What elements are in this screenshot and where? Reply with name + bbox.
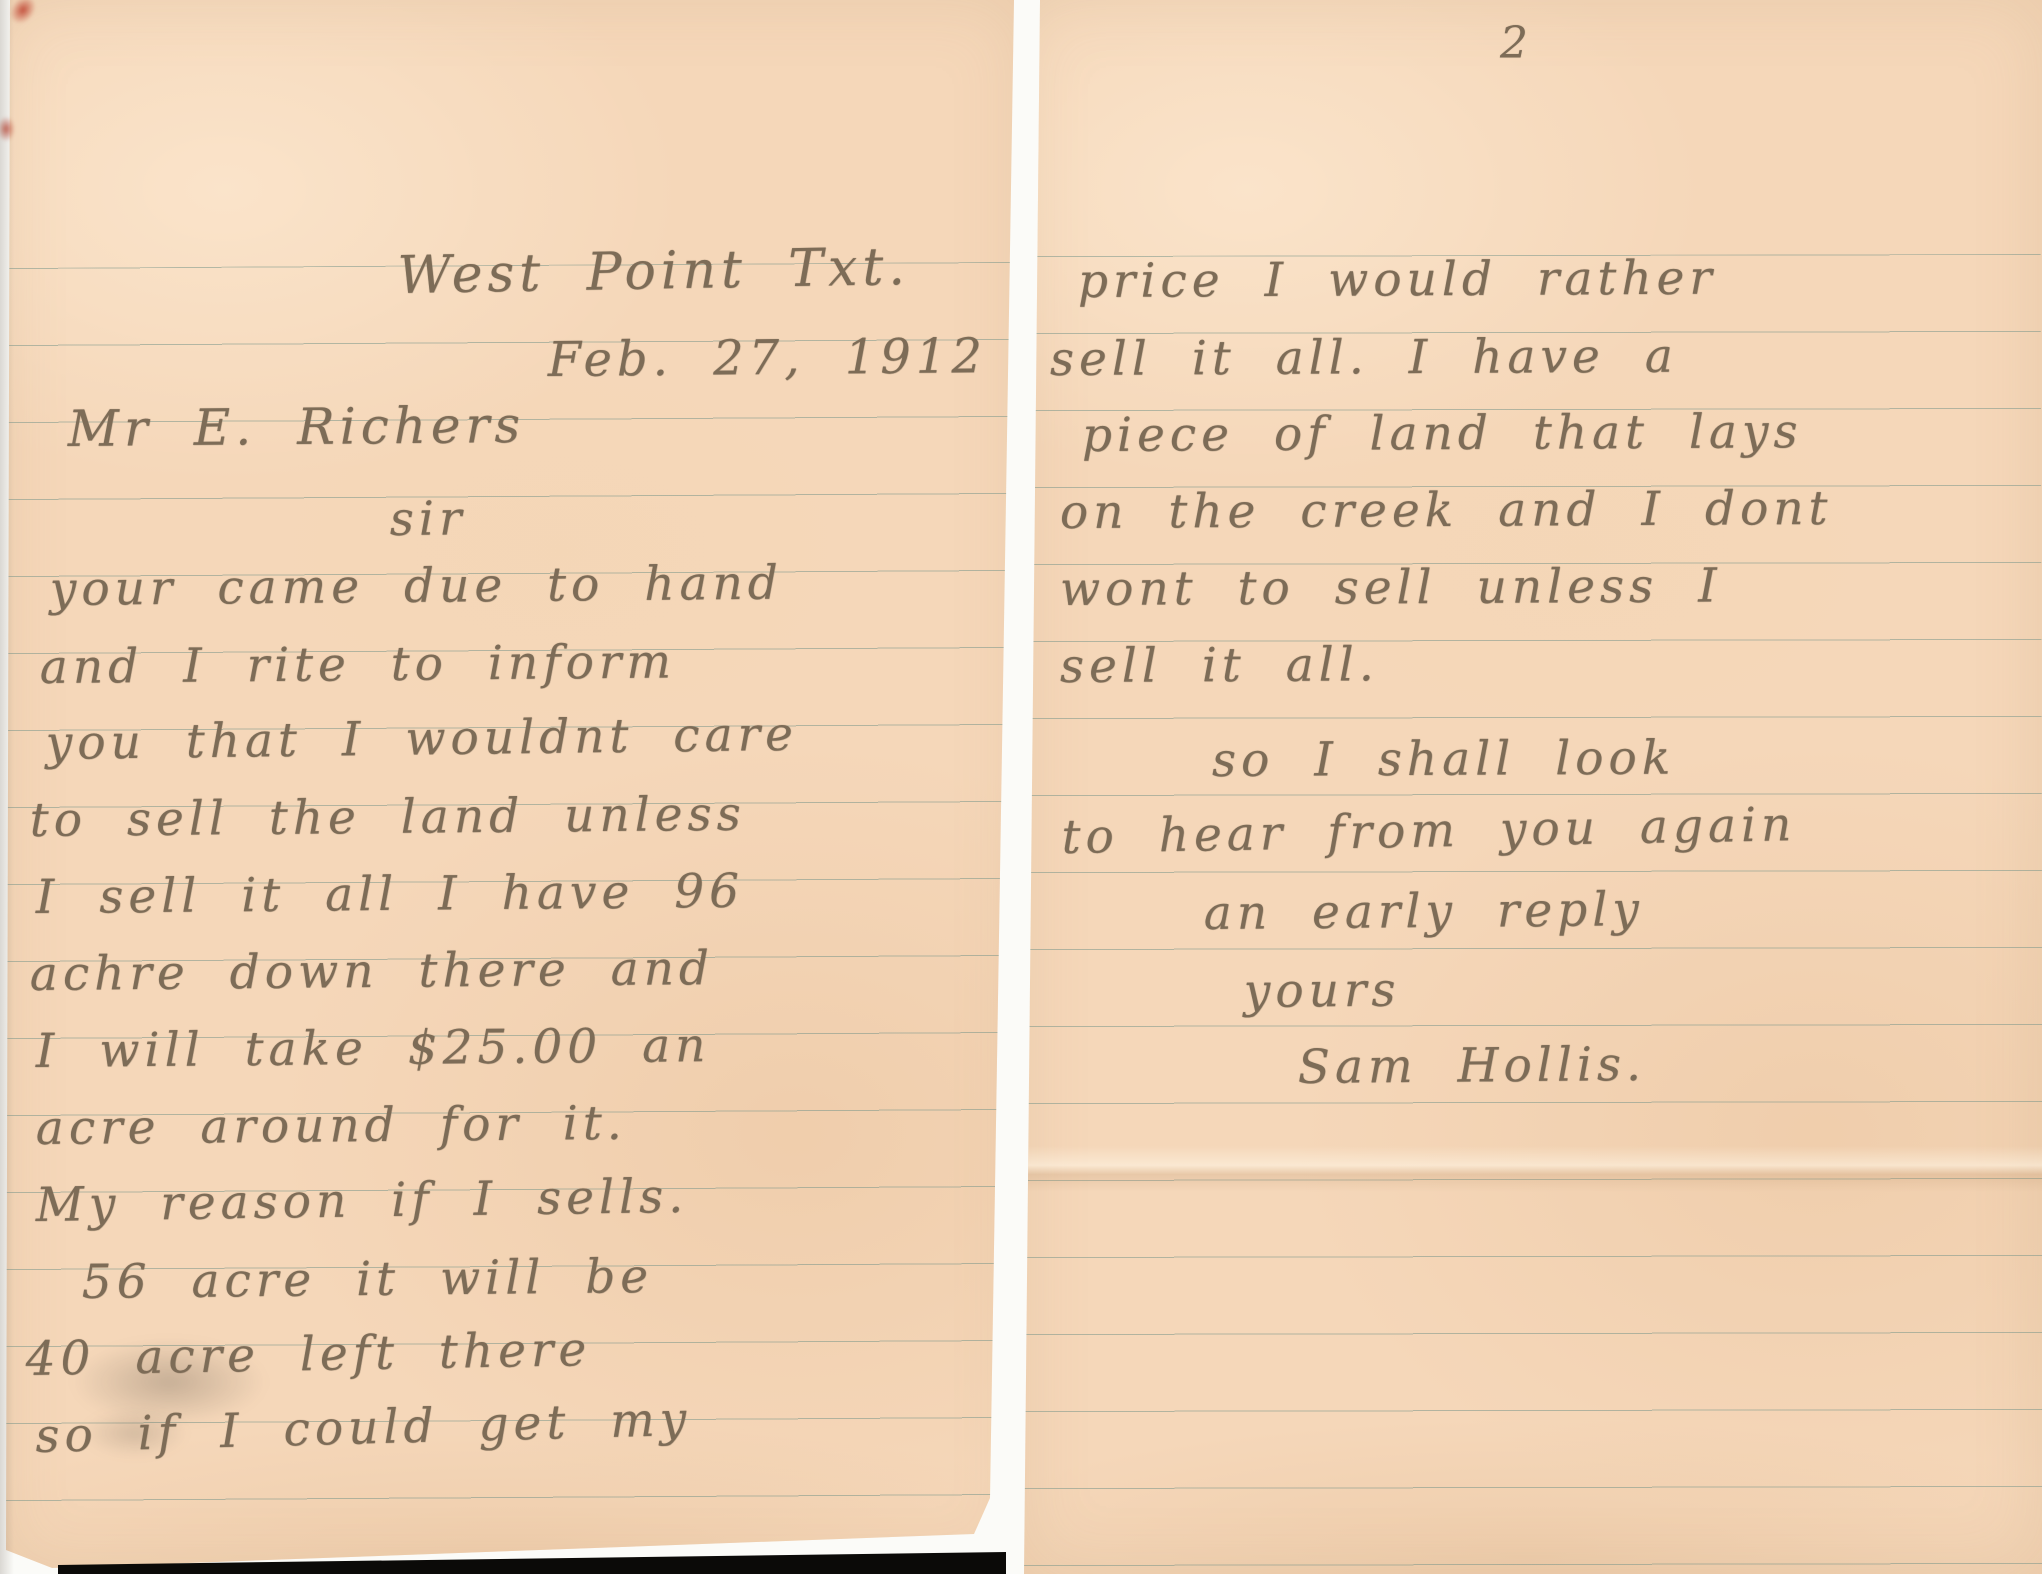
handwritten-line: West Point Txt. <box>397 241 910 302</box>
handwritten-line: yours <box>1244 967 1401 1015</box>
scanned-letter: West Point Txt.Feb. 27, 1912Mr E. Richer… <box>0 0 2042 1574</box>
handwritten-line: sell it all. I have a <box>1050 333 1678 383</box>
handwritten-line: My reason if I sells. <box>35 1173 688 1229</box>
scan-edge-shadow <box>0 0 14 1574</box>
handwritten-line: I will take $25.00 an <box>36 1022 711 1075</box>
handwritten-line: sir <box>390 495 467 543</box>
handwritten-line: 40 acre left there <box>25 1326 591 1383</box>
letter-page-2: 2 price I would rathersell it all. I hav… <box>1022 0 2042 1574</box>
handwritten-line: an early reply <box>1204 886 1644 937</box>
handwritten-line: Feb. 27, 1912 <box>548 332 987 384</box>
handwritten-line: I sell it all I have 96 <box>36 868 745 921</box>
handwritten-line: on the creek and I dont <box>1060 485 1833 536</box>
fold-crease <box>1022 1146 2042 1192</box>
handwritten-line: you that I wouldnt care <box>45 711 798 767</box>
handwritten-line: sell it all. <box>1060 641 1379 690</box>
handwritten-line: 56 acre it will be <box>82 1253 654 1306</box>
handwritten-line: to hear from you again <box>1061 801 1797 861</box>
handwritten-line: price I would rather <box>1078 255 1717 305</box>
letter-page-1: West Point Txt.Feb. 27, 1912Mr E. Richer… <box>0 0 1020 1574</box>
page-number: 2 <box>1500 18 1528 69</box>
handwritten-line: acre around for it. <box>36 1100 627 1152</box>
handwritten-line: Sam Hollis. <box>1298 1041 1647 1091</box>
handwritten-line: to sell the land unless <box>30 791 746 844</box>
handwritten-line: your came due to hand <box>50 560 783 613</box>
handwritten-line: Mr E. Richers <box>68 400 526 454</box>
handwritten-line: piece of land that lays <box>1082 408 1803 459</box>
handwritten-line: and I rite to inform <box>40 638 677 691</box>
handwritten-line: wont to sell unless I <box>1060 563 1722 613</box>
handwritten-line: achre down there and <box>30 945 715 998</box>
handwritten-line: so I shall look <box>1212 735 1676 784</box>
